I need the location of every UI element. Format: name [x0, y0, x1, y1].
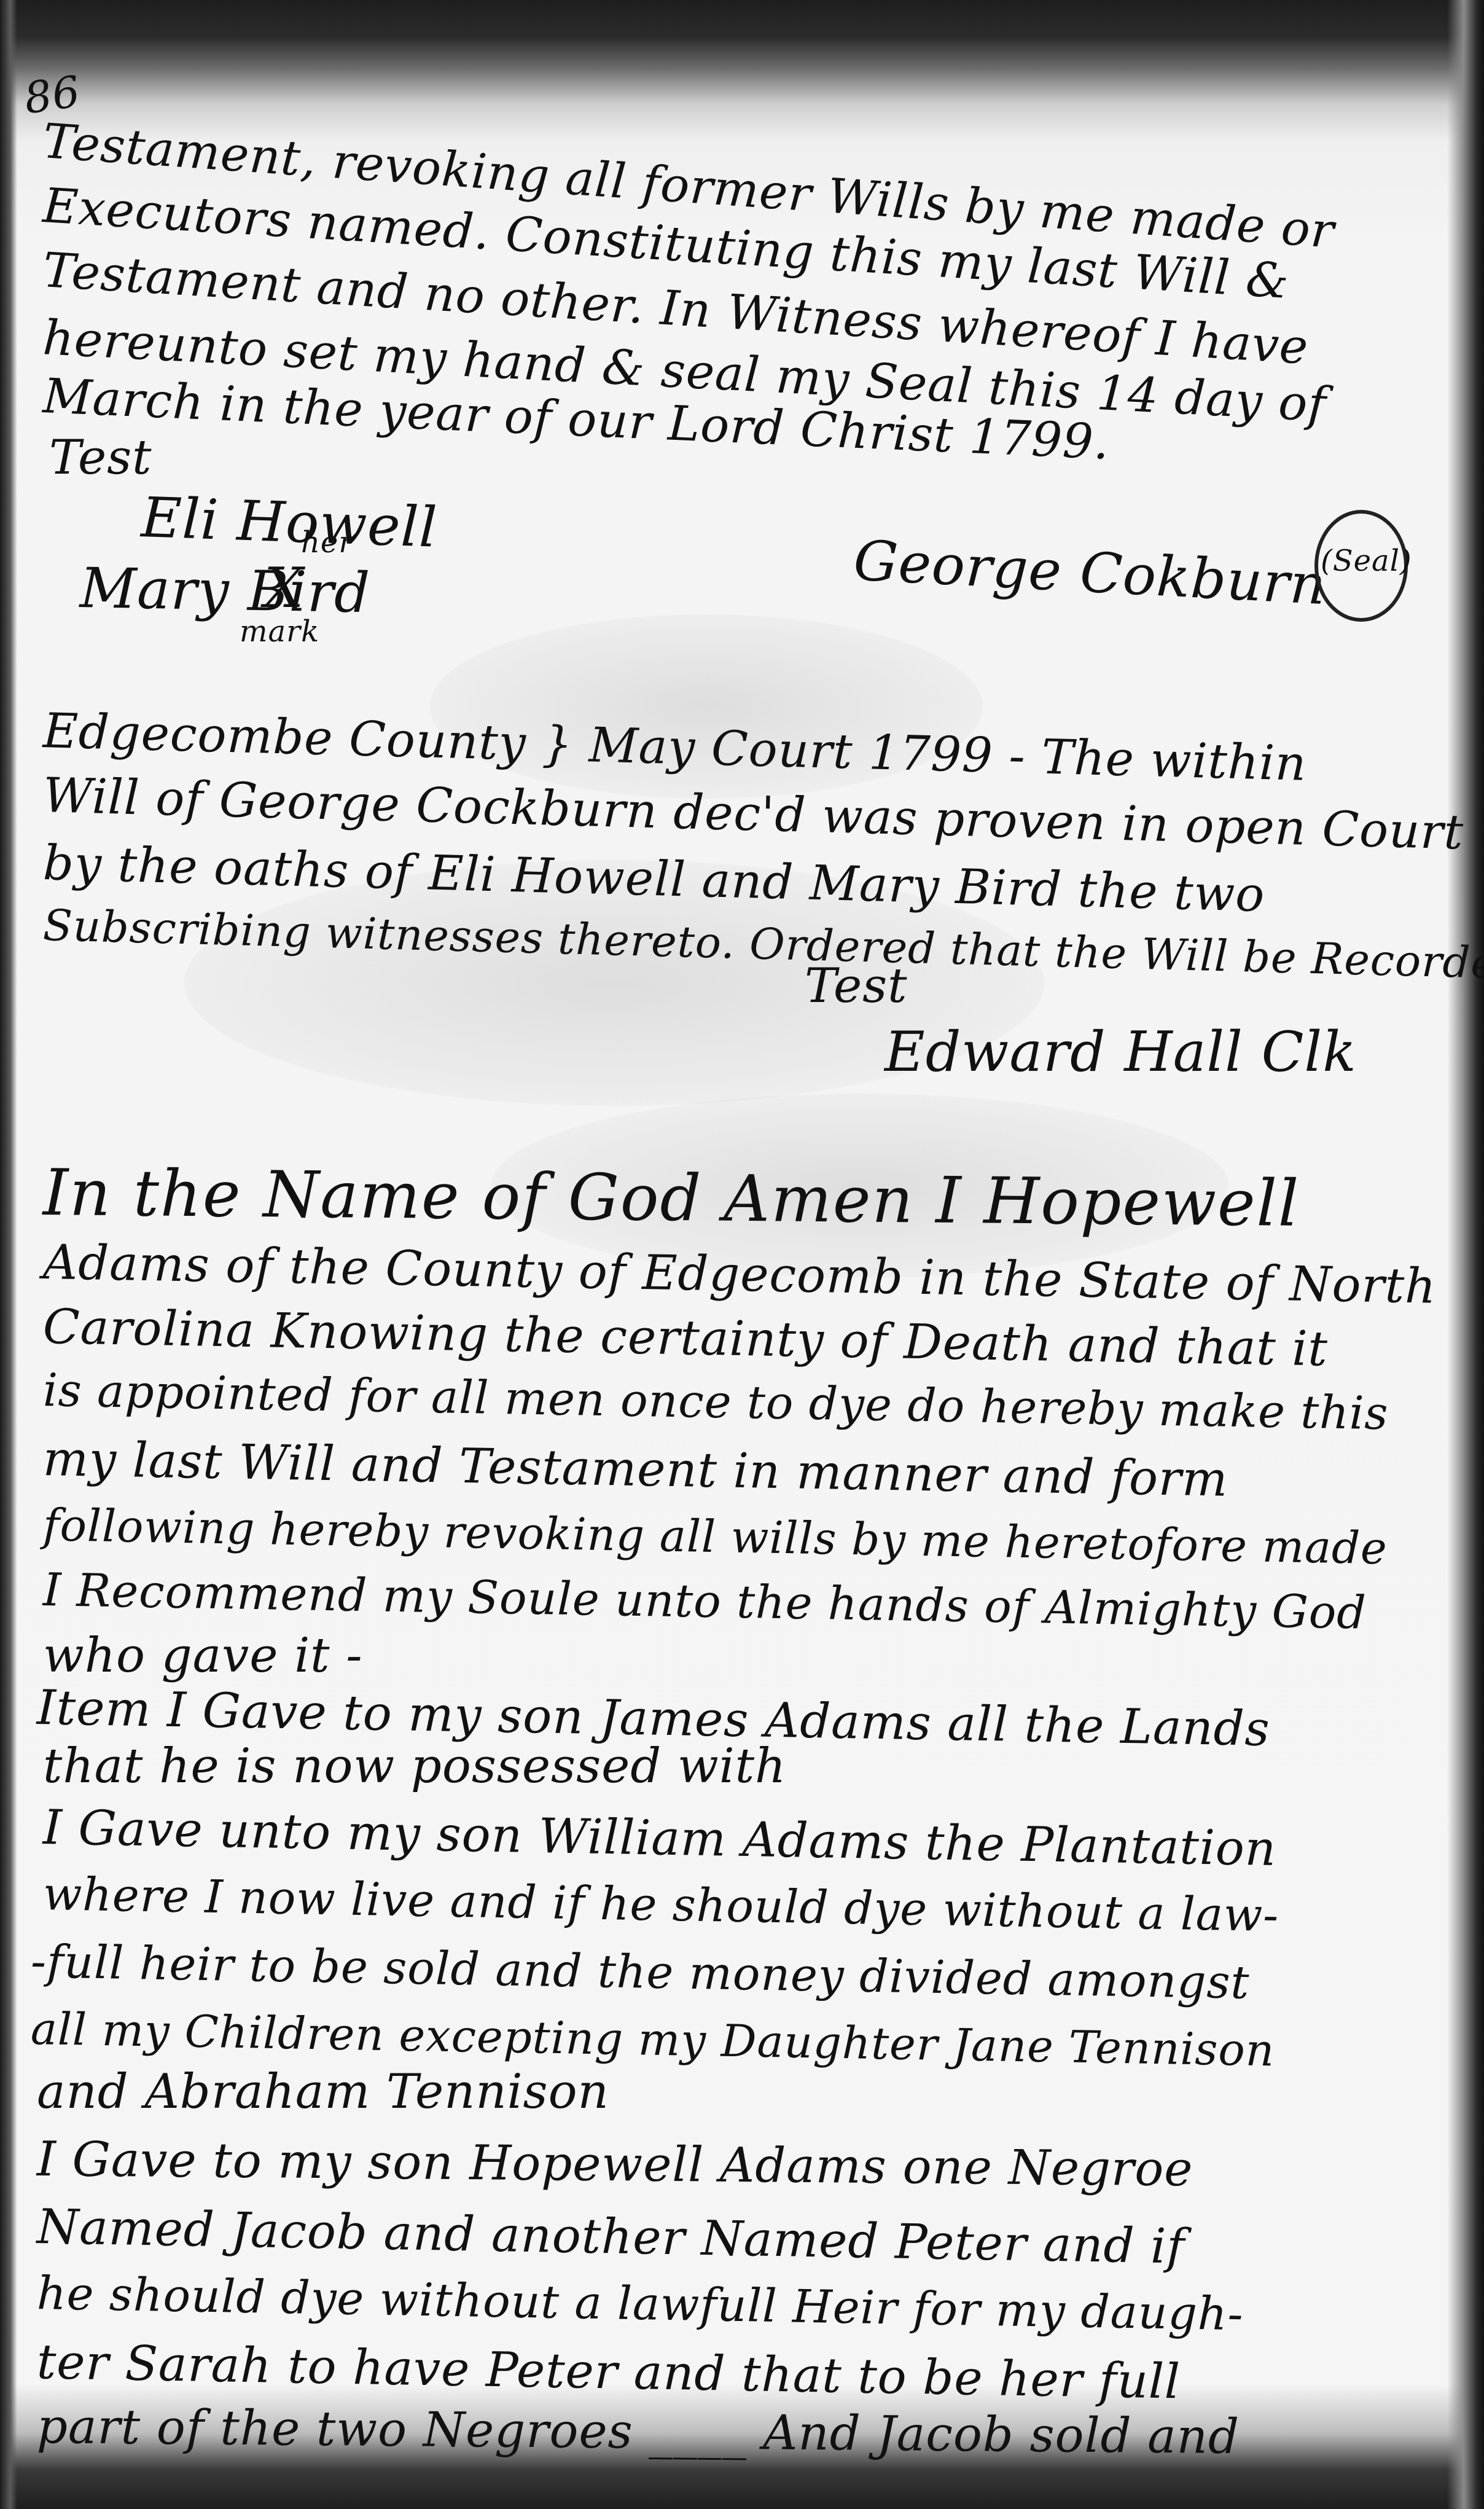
will-line: is appointed for all men once to dye do …	[42, 1364, 1389, 1440]
will-line: I Gave to my son Hopewell Adams one Negr…	[37, 2132, 1193, 2197]
will-line: part of the two Negroes ____ And Jacob s…	[37, 2399, 1240, 2465]
will-line: Carolina Knowing the certainty of Death …	[42, 1299, 1328, 1377]
will-line: where I now live and if he should dye wi…	[42, 1868, 1279, 1942]
clerk-signature: Edward Hall Clk	[885, 1020, 1357, 1084]
mark-label: mark	[240, 614, 319, 649]
will-line: that he is now possessed with	[43, 1739, 786, 1794]
mark-her-label: her	[301, 525, 353, 560]
will-line: he should dye without a lawfull Heir for…	[36, 2267, 1244, 2341]
will-line: Named Jacob and another Named Peter and …	[36, 2199, 1185, 2275]
will-line: ter Sarah to have Peter and that to be h…	[36, 2335, 1181, 2409]
mark-x-symbol: X	[264, 556, 304, 620]
will-heading: In the Name of God Amen I Hopewell	[42, 1155, 1300, 1241]
will-line: who gave it -	[43, 1628, 363, 1683]
scanned-page: 86 Testament, revoking all former Wills …	[0, 0, 1484, 2509]
test-label: Test	[805, 958, 908, 1014]
test-label: Test	[49, 430, 152, 485]
will-line: I Gave unto my son William Adams the Pla…	[42, 1800, 1277, 1877]
scan-right-edge	[1447, 0, 1484, 2509]
will-line: and Abraham Tennison	[37, 2064, 609, 2120]
seal-label: (Seal)	[1321, 544, 1412, 578]
will-line: -full heir to be sold and the money divi…	[30, 1935, 1250, 2010]
witness-signature: Mary Bird	[79, 556, 371, 625]
will-line: my last Will and Testament in manner and…	[42, 1431, 1228, 1508]
witness-signature: Eli Howell	[140, 485, 439, 560]
scan-left-edge	[0, 0, 17, 2509]
testator-signature: George Cokburn	[852, 528, 1327, 617]
will-line: following hereby revoking all wills by m…	[42, 1499, 1388, 1574]
